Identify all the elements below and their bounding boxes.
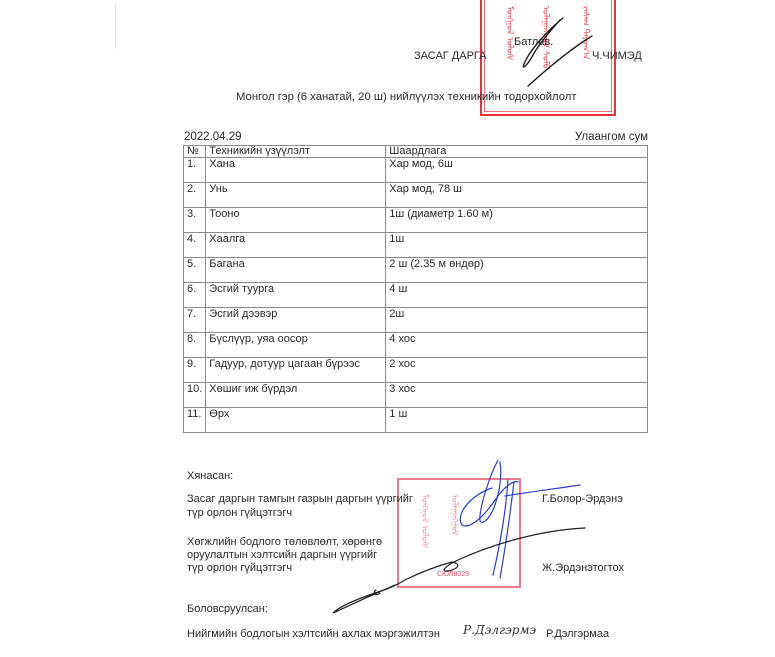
signer1-title-line1: Засаг даргын тамгын газрын даргын үүргий… — [187, 493, 413, 505]
stamp-script-col: ᠤᠯᠠᠭᠠᠩᠭᠣᠮ ᠰᠤᠮᠤ — [540, 6, 550, 96]
signer1-title-line2: түр орлон гүйцэтгэгч — [187, 507, 292, 519]
row-spec: Багана — [206, 258, 386, 283]
approver-position: ЗАСАГ ДАРГА — [414, 50, 486, 62]
stamp-code: СЮЛ8029 — [437, 571, 469, 578]
approved-label: Батлав. — [514, 36, 553, 48]
table-row: 5.Багана2 ш (2.35 м өндөр) — [184, 258, 648, 283]
review-stamp: ᠮᠣᠩᠭᠣᠯ ᠤᠯᠤᠰ ᠤᠯᠠᠭᠠᠩᠭᠣᠮ СЮЛ8029 — [397, 478, 521, 588]
document-location: Улаангом сум — [575, 131, 648, 143]
row-number: 7. — [184, 308, 206, 333]
row-spec: Бүслүүр, уяа оосор — [206, 333, 386, 358]
signer2-title-line3: түр орлон гүйцэтгэгч — [187, 562, 292, 574]
preparer-name: Р.Дэлгэрмаа — [546, 628, 609, 640]
row-requirement: 1ш — [386, 233, 648, 258]
table-row: 10.Хөшиг иж бүрдэл3 хос — [184, 383, 648, 408]
row-requirement: 3 хос — [386, 383, 648, 408]
stamp-script-col: ᠵᠠᠰᠠᠭ ᠳᠠᠷᠤᠭ᠎ᠠ — [580, 6, 590, 96]
tech-spec-table: № Техникийн үзүүлэлт Шаардлага 1.ХанаХар… — [183, 145, 648, 433]
prepared-label: Боловсруулсан: — [187, 603, 268, 615]
row-number: 8. — [184, 333, 206, 358]
table-row: 3.Тооно1ш (диаметр 1.60 м) — [184, 208, 648, 233]
row-spec: Эсгий дээвэр — [206, 308, 386, 333]
row-spec: Тооно — [206, 208, 386, 233]
table-header-row: № Техникийн үзүүлэлт Шаардлага — [184, 146, 648, 158]
table-row: 4.Хаалга1ш — [184, 233, 648, 258]
header-requirement: Шаардлага — [386, 146, 648, 158]
reviewed-label: Хянасан: — [187, 470, 233, 482]
row-requirement: 4 ш — [386, 283, 648, 308]
row-requirement: 2ш — [386, 308, 648, 333]
row-number: 5. — [184, 258, 206, 283]
document-date: 2022.04.29 — [184, 131, 242, 143]
row-spec: Хөшиг иж бүрдэл — [206, 383, 386, 408]
row-number: 6. — [184, 283, 206, 308]
table-row: 1.ХанаХар мод, 6ш — [184, 158, 648, 183]
row-requirement: 2 ш (2.35 м өндөр) — [386, 258, 648, 283]
row-requirement: Хар мод, 78 ш — [386, 183, 648, 208]
document-title: Монгол гэр (6 ханатай, 20 ш) нийлүүлэх т… — [236, 91, 577, 103]
row-spec: Эсгий туурга — [206, 283, 386, 308]
stamp-script-col: ᠮᠣᠩᠭᠣᠯ ᠤᠯᠤᠰ — [504, 6, 514, 96]
row-number: 3. — [184, 208, 206, 233]
row-spec: Гадуур, дотуур цагаан бүрээс — [206, 358, 386, 383]
signer2-title-line1: Хөгжлийн бодлого төлөвлөлт, хөрөнгө — [187, 536, 382, 548]
row-requirement: 1 ш — [386, 408, 648, 433]
signer2-name: Ж.Эрдэнэтогтох — [542, 562, 624, 574]
preparer-title: Нийгмийн бодлогын хэлтсийн ахлах мэргэжи… — [187, 628, 440, 640]
row-requirement: 1ш (диаметр 1.60 м) — [386, 208, 648, 233]
row-spec: Хана — [206, 158, 386, 183]
preparer-signature: Р.Дэлгэрмэ — [463, 623, 536, 637]
header-spec: Техникийн үзүүлэлт — [206, 146, 386, 158]
row-number: 10. — [184, 383, 206, 408]
signer2-title-line2: оруулалтын хэлтсийн даргын үүргийг — [187, 549, 377, 561]
table-row: 6.Эсгий туурга4 ш — [184, 283, 648, 308]
table-row: 8.Бүслүүр, уяа оосор4 хос — [184, 333, 648, 358]
row-number: 1. — [184, 158, 206, 183]
scan-artifact — [115, 3, 116, 49]
row-spec: Өрх — [206, 408, 386, 433]
row-requirement: Хар мод, 6ш — [386, 158, 648, 183]
stamp-script-col: ᠮᠣᠩᠭᠣᠯ ᠤᠯᠤᠰ — [419, 494, 429, 564]
row-requirement: 4 хос — [386, 333, 648, 358]
row-number: 2. — [184, 183, 206, 208]
stamp-script-col: ᠤᠯᠠᠭᠠᠩᠭᠣᠮ — [449, 494, 459, 564]
signer1-name: Г.Болор-Эрдэнэ — [542, 493, 623, 505]
table-row: 9.Гадуур, дотуур цагаан бүрээс2 хос — [184, 358, 648, 383]
row-number: 4. — [184, 233, 206, 258]
row-spec: Унь — [206, 183, 386, 208]
table-row: 11.Өрх1 ш — [184, 408, 648, 433]
row-number: 11. — [184, 408, 206, 433]
row-number: 9. — [184, 358, 206, 383]
approver-name: Ч.ЧИМЭД — [592, 50, 642, 62]
header-no: № — [184, 146, 206, 158]
table-row: 2.УньХар мод, 78 ш — [184, 183, 648, 208]
table-row: 7.Эсгий дээвэр2ш — [184, 308, 648, 333]
row-spec: Хаалга — [206, 233, 386, 258]
row-requirement: 2 хос — [386, 358, 648, 383]
